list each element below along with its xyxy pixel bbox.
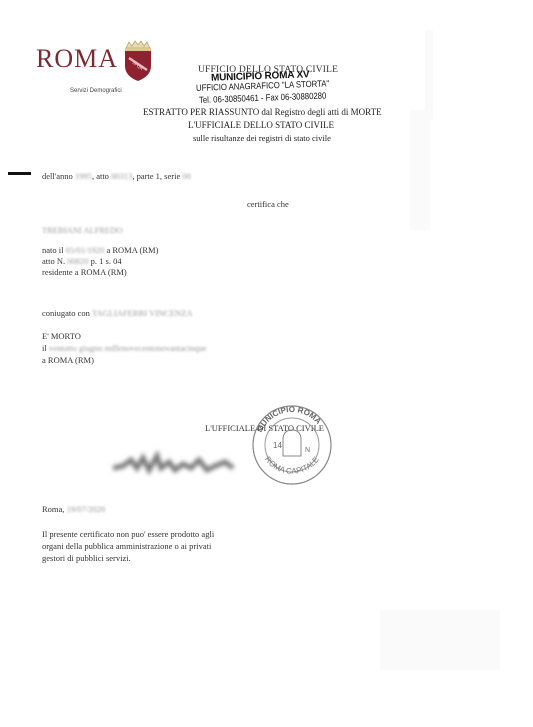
scan-artifact bbox=[410, 110, 430, 230]
person-name: TREBIANI ALFREDO bbox=[42, 226, 123, 235]
issue-date: 19/07/2020 bbox=[67, 505, 106, 514]
residence-line: residente a ROMA (RM) bbox=[42, 268, 127, 277]
birth-line: nato il 05/01/1920 a ROMA (RM) bbox=[42, 246, 158, 255]
margin-mark bbox=[8, 172, 31, 175]
roma-wordmark: ROMA bbox=[36, 46, 118, 72]
certifies-text: certifica che bbox=[247, 200, 289, 209]
svg-text:MUNICIPIO ROMA: MUNICIPIO ROMA bbox=[255, 405, 323, 434]
issue-line: Roma, 19/07/2020 bbox=[42, 505, 105, 514]
birth-act-number: 00820 bbox=[67, 257, 88, 266]
death-place: a ROMA (RM) bbox=[42, 356, 94, 365]
official-seal-icon: MUNICIPIO ROMA ROMA CAPITALE 14 N bbox=[251, 404, 333, 486]
birth-date: 05/01/1920 bbox=[66, 246, 105, 255]
scan-artifact bbox=[380, 610, 500, 670]
svg-text:N: N bbox=[305, 447, 310, 454]
issuing-office: L'UFFICIALE DELLO STATO CIVILE bbox=[188, 120, 334, 130]
birth-act-line: atto N. 00820 p. 1 s. 04 bbox=[42, 257, 122, 266]
document-title: ESTRATTO PER RIASSUNTO dal Registro degl… bbox=[143, 107, 382, 117]
notice-line-3: gestori di pubblici servizi. bbox=[42, 554, 131, 563]
document-basis: sulle risultanze dei registri di stato c… bbox=[193, 133, 331, 143]
spouse-line: coniugato con TAGLIAFERRI VINCENZA bbox=[42, 309, 193, 318]
death-date-line: il ventotto giugno millenovecentonovanta… bbox=[42, 344, 207, 353]
death-date: ventotto giugno millenovecentonovantacin… bbox=[49, 344, 207, 353]
year-value: 1995 bbox=[75, 172, 92, 181]
notice-line-2: organi della pubblica amministrazione o … bbox=[42, 542, 211, 551]
death-status: E' MORTO bbox=[42, 332, 81, 341]
record-reference: dell'anno 1995, atto 00313, parte 1, ser… bbox=[42, 172, 191, 181]
act-value: 00313 bbox=[111, 172, 132, 181]
svg-text:14: 14 bbox=[273, 441, 282, 450]
svg-text:ROMA CAPITALE: ROMA CAPITALE bbox=[263, 455, 321, 476]
roma-coat-of-arms-icon: SPQR bbox=[121, 40, 155, 82]
spouse-name: TAGLIAFERRI VINCENZA bbox=[92, 309, 192, 318]
notice-line-1: Il presente certificato non puo' essere … bbox=[42, 530, 214, 539]
series-value: 00 bbox=[182, 172, 191, 181]
scan-artifact bbox=[425, 30, 433, 120]
signature-icon bbox=[113, 448, 263, 476]
logo-subtitle: Servizi Demografici bbox=[70, 88, 122, 94]
stamp-contacts: Tel. 06-30850461 - Fax 06-30880280 bbox=[199, 91, 327, 105]
